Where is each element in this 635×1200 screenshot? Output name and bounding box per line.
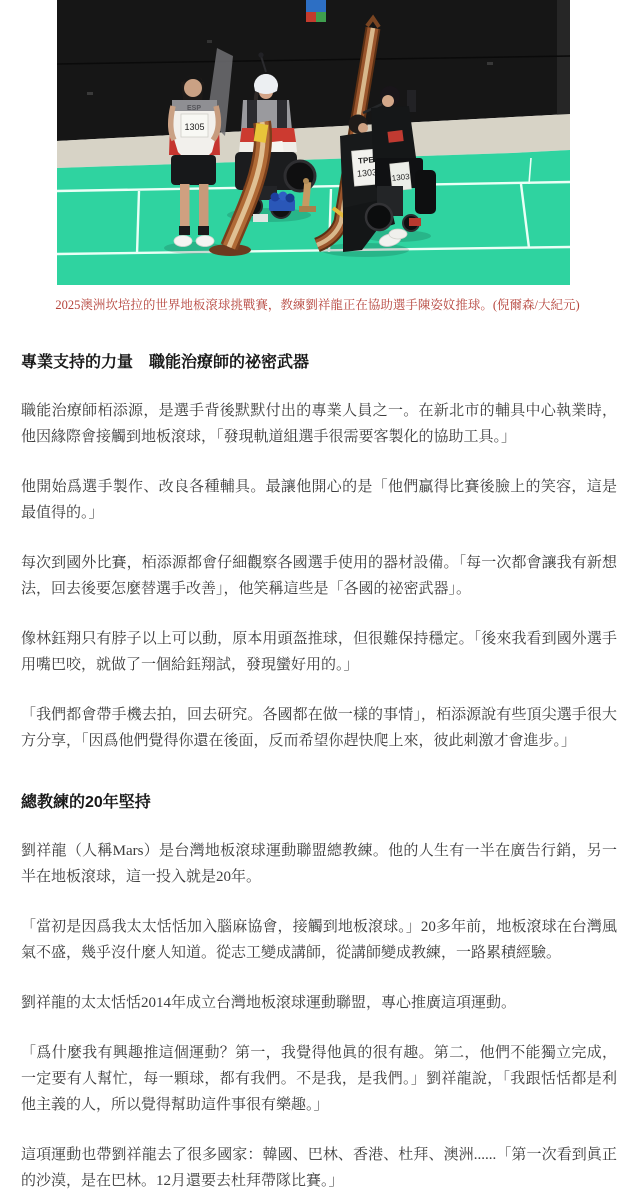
paragraph: 劉祥龍（人稱Mars）是台灣地板滾球運動聯盟總教練。他的人生有一半在廣告行銷，另… [21, 838, 617, 890]
section-heading-head-coach: 總教練的20年堅持 [21, 792, 617, 814]
paragraph: 「我們都會帶手機去拍，回去研究。各國都在做一樣的事情」，栢添源說有些頂尖選手很大… [21, 702, 617, 754]
paragraph: 他開始爲選手製作、改良各種輔具。最讓他開心的是「他們贏得比賽後臉上的笑容，這是最… [21, 474, 617, 526]
bib-number-player-right: 1303 [391, 172, 410, 183]
paragraph: 職能治療師栢添源，是選手背後默默付出的專業人員之一。在新北市的輔具中心執業時，他… [21, 398, 617, 450]
bib-team-coach: TPE [358, 155, 375, 165]
paragraph: 每次到國外比賽，栢添源都會仔細觀察各國選手使用的器材設備。「每一次都會讓我有新想… [21, 550, 617, 602]
paragraph: 這項運動也帶劉祥龍去了很多國家：韓國、巴林、香港、杜拜、澳洲......「第一次… [21, 1142, 617, 1194]
bib-number-standing: 1305 [184, 122, 204, 132]
paragraph: 「當初是因爲我太太恬恬加入腦麻協會，接觸到地板滾球。」20多年前，地板滾球在台灣… [21, 914, 617, 966]
photo-caption: 2025澳洲坎培拉的世界地板滾球挑戰賽，教練劉祥龍正在協助選手陳姿妏推球。(倪爾… [28, 296, 607, 314]
jersey-team-label: ESP [187, 105, 201, 112]
paragraph: 像林鈺翔只有脖子以上可以動，原本用頭盔推球，但很難保持穩定。「後來我看到國外選手… [21, 626, 617, 678]
bib-number-coach: 1303 [357, 167, 378, 179]
paragraph: 「爲什麼我有興趣推這個運動？第一，我覺得他眞的很有趣。第二，他們不能獨立完成，一… [21, 1040, 617, 1118]
paragraph: 劉祥龍的太太恬恬2014年成立台灣地板滾球運動聯盟，專心推廣這項運動。 [21, 990, 617, 1016]
article-photo: ESP 1305 [57, 0, 570, 285]
section-heading-professional-support: 專業支持的力量 職能治療師的祕密武器 [21, 352, 617, 374]
boccia-balls-set [269, 192, 295, 212]
sponsor-banner [306, 0, 326, 22]
article-page: ESP 1305 [0, 0, 635, 1200]
boccia-court-photo-illustration: ESP 1305 [57, 0, 570, 285]
article-body: 專業支持的力量 職能治療師的祕密武器 職能治療師栢添源，是選手背後默默付出的專業… [0, 352, 635, 1194]
